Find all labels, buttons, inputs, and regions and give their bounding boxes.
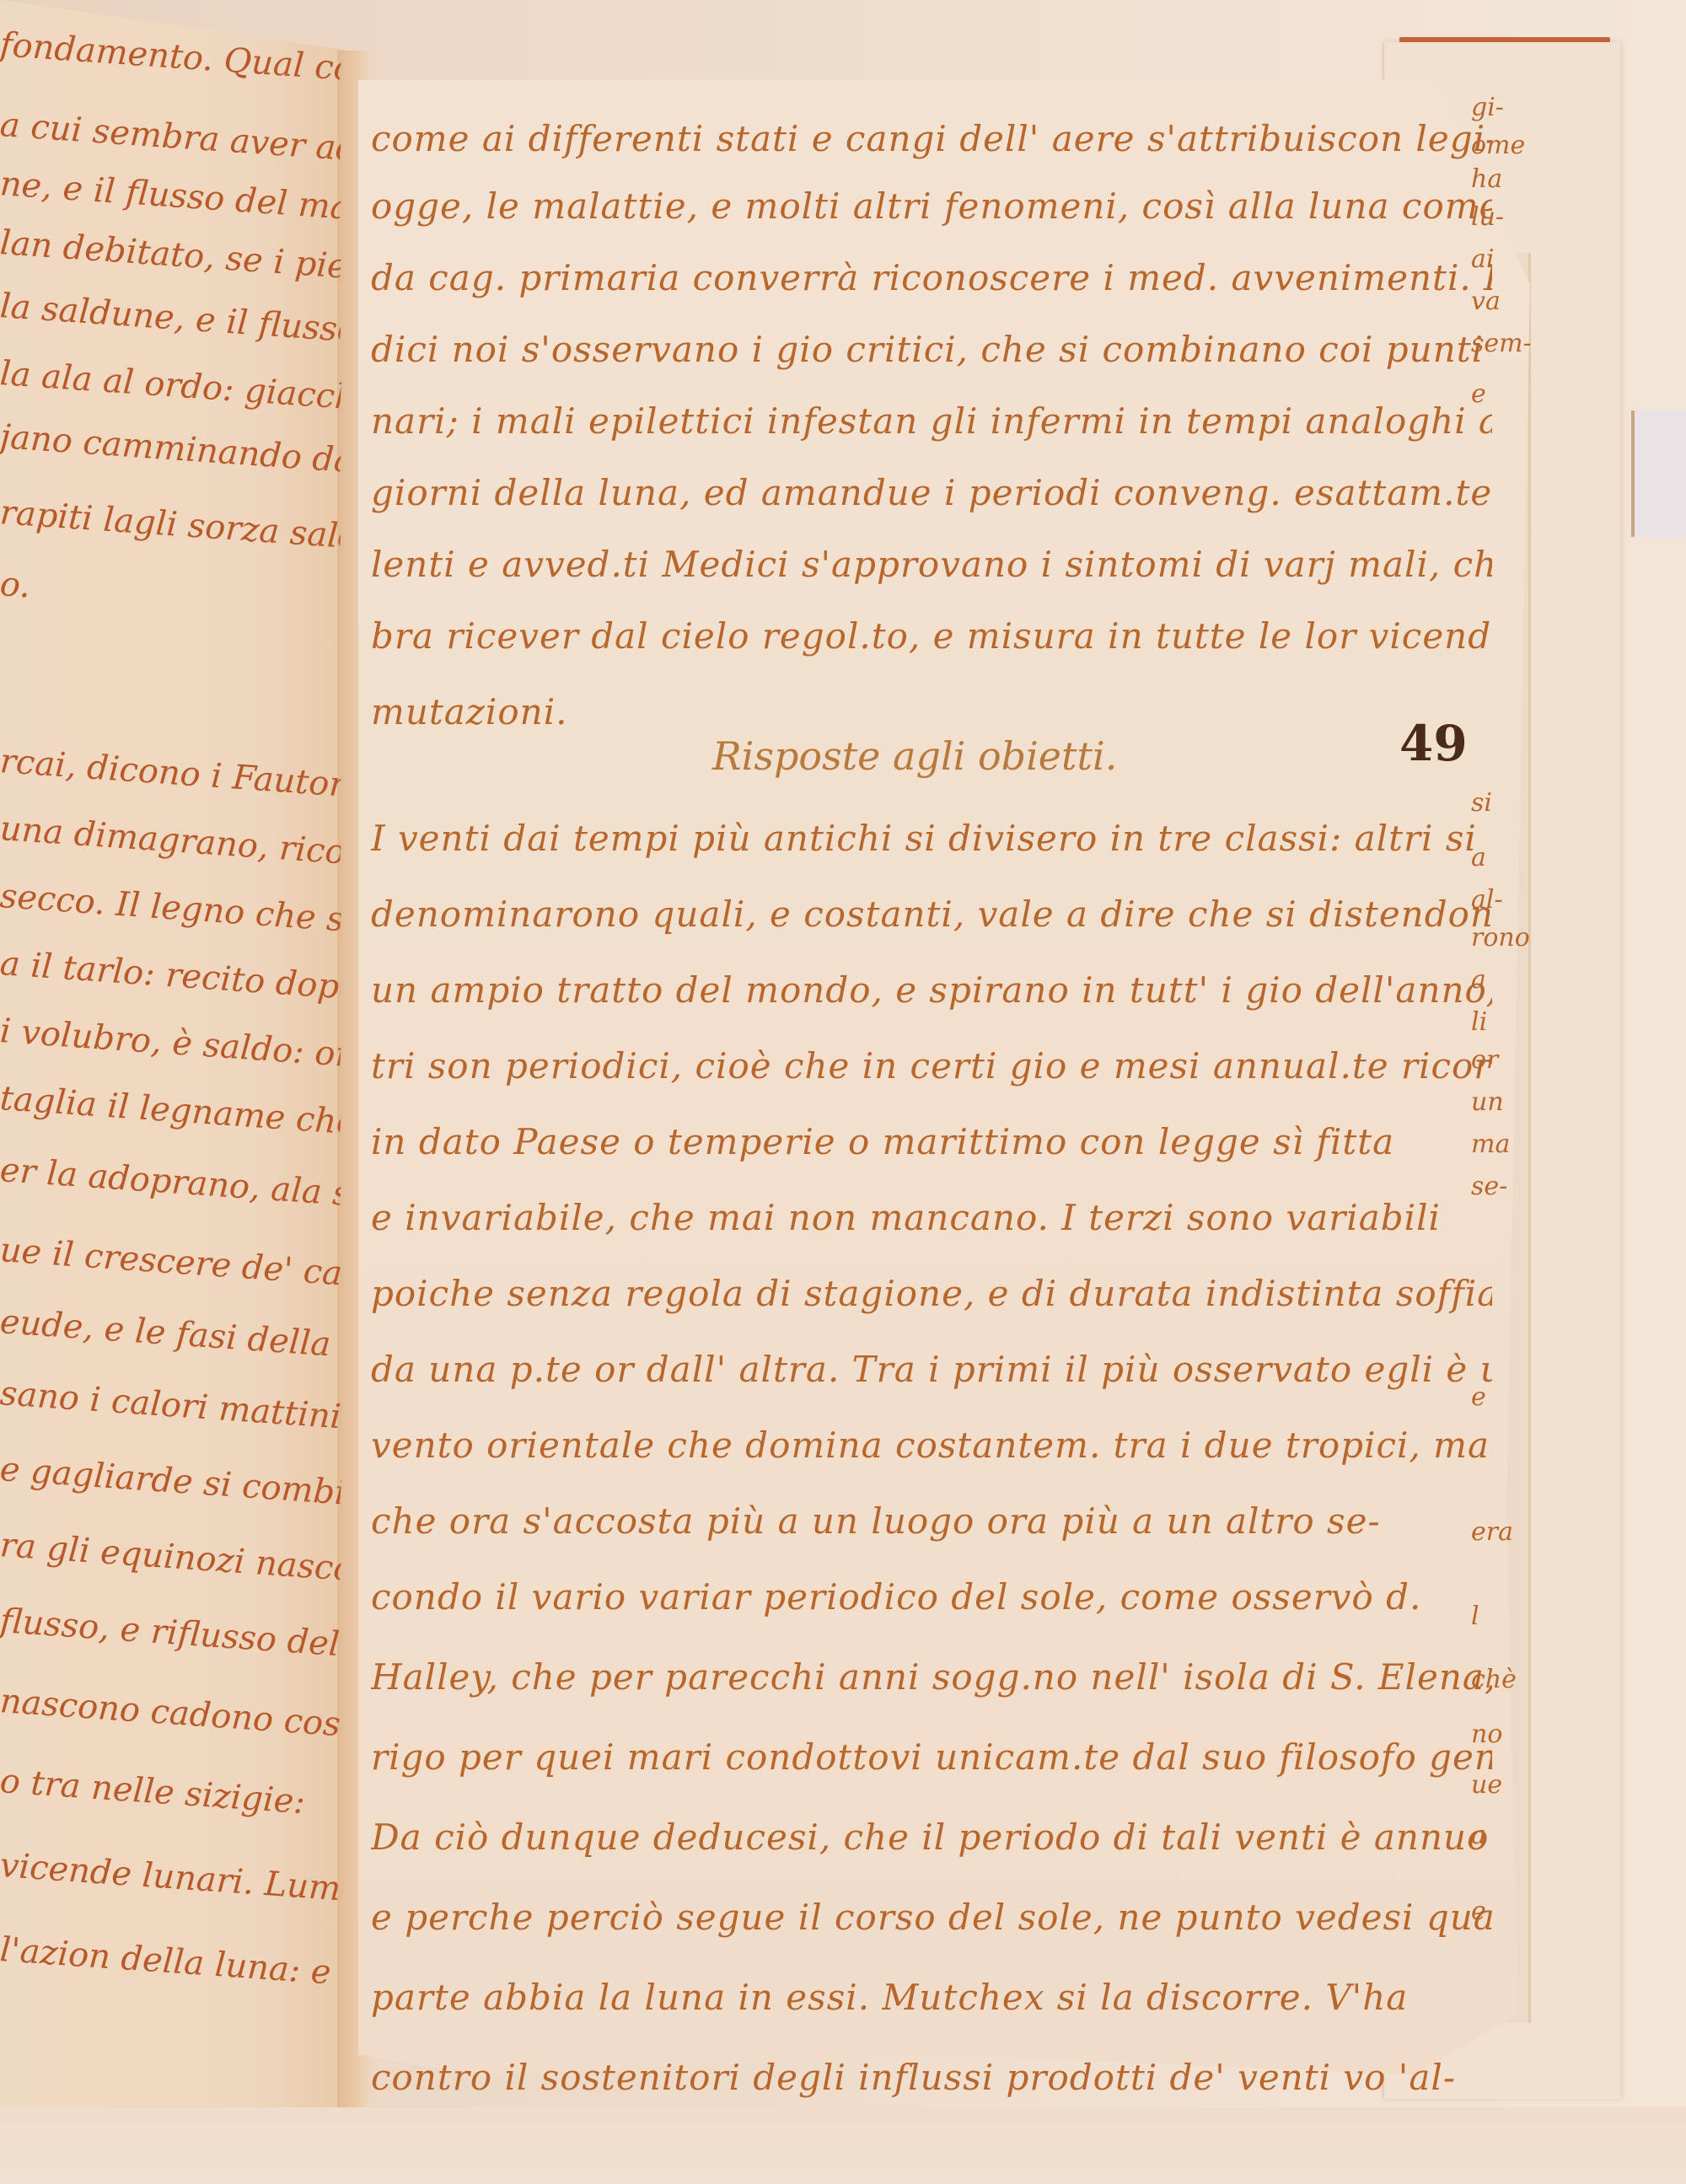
margin-fragment: ue <box>1471 1770 1502 1800</box>
manuscript-line: rigo per quei mari condottovi unicam.te … <box>371 1736 1492 1778</box>
table-surface-bottom <box>0 2107 1686 2184</box>
right-page <box>358 80 1530 2116</box>
margin-fragment: li <box>1471 1007 1487 1037</box>
manuscript-line: poiche senza regola di stagione, e di du… <box>371 1273 1492 1314</box>
manuscript-line: lenti e avved.ti Medici s'approvano i si… <box>371 544 1492 585</box>
margin-fragment: ha <box>1471 164 1502 194</box>
margin-fragment: ome <box>1471 131 1525 160</box>
manuscript-line: Da ciò dunque deducesi, che il periodo d… <box>371 1816 1492 1858</box>
manuscript-line: e perche perciò segue il corso del sole,… <box>371 1897 1492 1938</box>
margin-fragment: sem- <box>1471 329 1532 358</box>
manuscript-line: giorni della luna, ed amandue i periodi … <box>371 472 1492 513</box>
page-number: 49 <box>1399 715 1468 772</box>
manuscript-line: tri son periodici, cioè che in certi gio… <box>371 1045 1492 1087</box>
manuscript-line: che ora s'accosta più a un luogo ora più… <box>371 1500 1492 1542</box>
manuscript-line: in dato Paese o temperie o marittimo con… <box>371 1121 1492 1162</box>
margin-fragment: no <box>1471 1720 1502 1749</box>
margin-fragment: a <box>1471 1821 1486 1850</box>
manuscript-line: denominarono quali, e costanti, vale a d… <box>371 893 1492 935</box>
margin-fragment: a <box>1471 843 1486 872</box>
margin-fragment: a <box>1471 965 1486 995</box>
manuscript-line: mutazioni. <box>371 691 1492 732</box>
manuscript-line: dici noi s'osservano i gio critici, che … <box>371 329 1492 370</box>
manuscript-line: come ai differenti stati e cangi dell' a… <box>371 118 1492 159</box>
margin-fragment: era <box>1471 1517 1513 1547</box>
manuscript-line: vento orientale che domina costantem. tr… <box>371 1425 1492 1466</box>
margin-fragment: ma <box>1471 1130 1510 1159</box>
margin-fragment: e <box>1471 1382 1486 1412</box>
margin-fragment: lu- <box>1471 202 1504 232</box>
margin-fragment: rono <box>1471 923 1530 952</box>
margin-fragment: gi- <box>1471 93 1504 122</box>
manuscript-line: da una p.te or dall' altra. Tra i primi … <box>371 1349 1492 1390</box>
margin-fragment: e <box>1471 1897 1486 1926</box>
margin-fragment: un <box>1471 1087 1504 1117</box>
margin-fragment: si <box>1471 788 1492 818</box>
section-heading: Risposte agli obietti. <box>712 733 1117 779</box>
manuscript-line: ogge, le malattie, e molti altri fenomen… <box>371 185 1492 227</box>
margin-fragment: l <box>1471 1602 1479 1631</box>
manuscript-line: e invariabile, che mai non mancano. I te… <box>371 1197 1492 1238</box>
margin-fragment: chè <box>1471 1665 1517 1694</box>
margin-fragment: al- <box>1471 885 1503 915</box>
paper-tab-marker <box>1631 411 1686 537</box>
margin-fragment: e <box>1471 379 1486 409</box>
manuscript-line: da cag. primaria converrà riconoscere i … <box>371 257 1492 298</box>
margin-fragment: ai <box>1471 244 1494 274</box>
manuscript-line: un ampio tratto del mondo, e spirano in … <box>371 969 1492 1011</box>
manuscript-line: bra ricever dal cielo regol.to, e misura… <box>371 615 1492 657</box>
manuscript-line: condo il vario variar periodico del sole… <box>371 1576 1492 1618</box>
manuscript-line: I venti dai tempi più antichi si diviser… <box>371 818 1492 859</box>
margin-fragment: va <box>1471 287 1501 316</box>
manuscript-line: contro il sostenitori degli influssi pro… <box>371 2057 1492 2098</box>
manuscript-line: nari; i mali epilettici infestan gli inf… <box>371 400 1492 442</box>
margin-fragment: se- <box>1471 1172 1507 1201</box>
manuscript-line: parte abbia la luna in essi. Mutchex si … <box>371 1977 1492 2018</box>
margin-fragment: or <box>1471 1045 1498 1075</box>
manuscript-line: Halley, che per parecchi anni sogg.no ne… <box>371 1656 1492 1698</box>
